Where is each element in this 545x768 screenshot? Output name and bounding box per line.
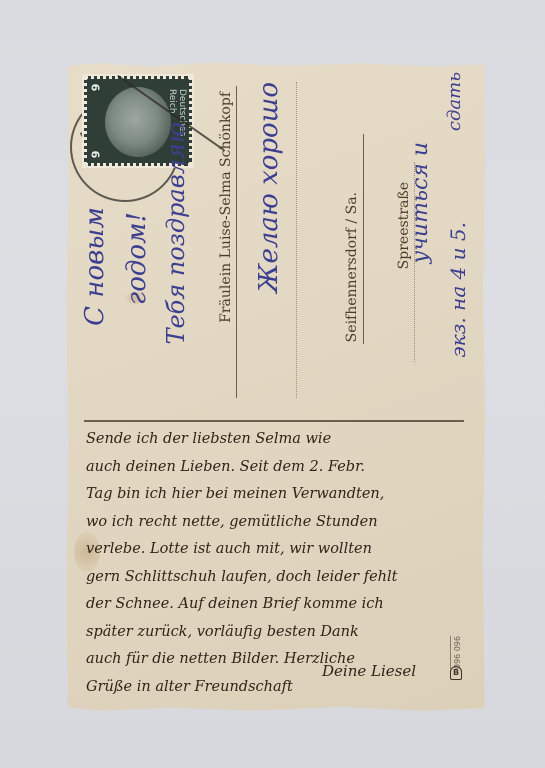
russian-greeting-line-3: Тебя поздравляю — [162, 122, 190, 345]
message-divider-line — [84, 420, 464, 422]
stamp-value: 6 — [88, 151, 101, 159]
address-line-rule — [363, 134, 364, 344]
message-line: auch deinen Lieben. Seit dem 2. Febr. — [86, 454, 471, 482]
address-recipient: Fräulein Luise-Selma Schönkopf — [218, 92, 234, 323]
message-line: später zurück, vorläufig besten Dank — [86, 619, 471, 647]
stamp-value: 6 — [88, 84, 101, 92]
message-line: der Schnee. Auf deinen Brief komme ich — [86, 591, 471, 619]
russian-greeting-line-1: С новым — [80, 207, 110, 326]
message-line: gern Schlittschuh laufen, doch leider fe… — [86, 564, 471, 592]
message-line: verlebe. Lotte ist auch mit, wir wollten — [86, 536, 471, 564]
message-line: Sende ich der liebsten Selma wie — [86, 426, 471, 454]
russian-greeting-line-2: годом! — [122, 212, 152, 305]
address-city: Seifhennersdorf / Sa. — [344, 192, 360, 342]
address-line-rule — [236, 86, 237, 398]
message-line: Tag bin ich hier bei meinen Verwandten, — [86, 481, 471, 509]
russian-closing-line-1: сдать — [444, 72, 465, 131]
signature: Deine Liesel — [322, 662, 416, 680]
postcard: LIESE 6 6 Deutsches Reich Fräulein Luise… — [66, 62, 486, 712]
printer-code: 960 960 — [450, 636, 461, 669]
message-line: wo ich recht nette, gemütliche Stunden — [86, 509, 471, 537]
russian-wish-line: Желаю хорошо — [254, 82, 284, 293]
address-line-rule — [296, 82, 297, 398]
handwritten-message: Sende ich der liebsten Selma wie auch de… — [86, 426, 471, 701]
russian-closing-line-2: учиться и — [408, 142, 433, 264]
publisher-logo-icon: B — [450, 666, 462, 680]
russian-closing-line-3: экз. на 4 и 5. — [446, 222, 470, 358]
